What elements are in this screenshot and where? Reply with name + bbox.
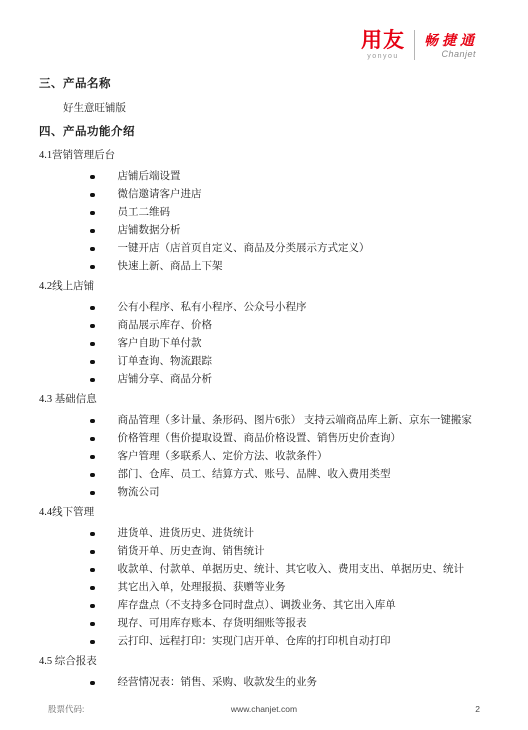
bullet-icon <box>90 568 95 573</box>
yonyou-logo-cn: 用友 <box>361 30 405 52</box>
document-page: { "logo": { "yonyou_cn": "用友", "yonyou_e… <box>0 0 528 730</box>
bullet-item: 经营情况表：销售、采购、收款发生的业务 <box>39 674 500 692</box>
bullet-text: 客户自助下单付款 <box>118 335 202 353</box>
yonyou-logo-en: yonyou <box>367 53 399 60</box>
bullet-icon <box>90 193 95 198</box>
bullet-icon <box>90 229 95 234</box>
bullet-item: 物流公司 <box>39 484 500 502</box>
bullet-item: 进货单、进货历史、进货统计 <box>39 525 500 543</box>
page-number: 2 <box>336 704 480 714</box>
bullet-text: 微信邀请客户进店 <box>118 186 202 204</box>
page-footer: 股票代码: www.chanjet.com 2 <box>48 703 480 715</box>
bullet-text: 商品管理（多计量、条形码、图片6张） 支持云端商品库上新、京东一键搬家 <box>118 412 472 430</box>
bullet-icon <box>90 455 95 460</box>
bullet-text: 收款单、付款单、单据历史、统计、其它收入、费用支出、单据历史、统计 <box>118 561 465 579</box>
bullet-text: 店铺后端设置 <box>118 168 181 186</box>
bullet-item: 微信邀请客户进店 <box>39 186 500 204</box>
bullet-item: 现存、可用库存账本、存货明细账等报表 <box>39 615 500 633</box>
bullet-icon <box>90 550 95 555</box>
bullet-icon <box>90 247 95 252</box>
bullet-item: 部门、仓库、员工、结算方式、账号、品牌、收入费用类型 <box>39 466 500 484</box>
bullet-text: 物流公司 <box>118 484 160 502</box>
bullet-text: 商品展示库存、价格 <box>118 317 213 335</box>
bullet-icon <box>90 360 95 365</box>
bullet-text: 现存、可用库存账本、存货明细账等报表 <box>118 615 307 633</box>
bullet-text: 经营情况表：销售、采购、收款发生的业务 <box>118 674 318 692</box>
subsection-title: 4.1营销管理后台 <box>39 150 500 162</box>
chanjet-logo: 畅捷通 Chanjet <box>424 32 478 59</box>
bullet-text: 云打印、远程打印：实现门店开单、仓库的打印机自动打印 <box>118 633 391 651</box>
bullet-text: 客户管理（多联系人、定价方法、收款条件） <box>118 448 328 466</box>
subsection-title: 4.2线上店铺 <box>39 281 500 293</box>
bullet-icon <box>90 306 95 311</box>
bullet-item: 商品管理（多计量、条形码、图片6张） 支持云端商品库上新、京东一键搬家 <box>39 412 500 430</box>
subsection: 4.5 综合报表经营情况表：销售、采购、收款发生的业务 <box>39 656 500 692</box>
chanjet-logo-cn: 畅捷通 <box>424 32 478 48</box>
document-body: 三、产品名称好生意旺铺版四、产品功能介绍4.1营销管理后台店铺后端设置微信邀请客… <box>39 78 500 697</box>
subsection-title: 4.4线下管理 <box>39 507 500 519</box>
chanjet-logo-en: Chanjet <box>441 49 478 59</box>
bullet-text: 快速上新、商品上下架 <box>118 258 223 276</box>
bullet-item: 店铺分享、商品分析 <box>39 371 500 389</box>
subsection: 4.2线上店铺公有小程序、私有小程序、公众号小程序商品展示库存、价格客户自助下单… <box>39 281 500 389</box>
yonyou-logo: 用友 yonyou <box>361 30 405 60</box>
stock-code-label: 股票代码: <box>48 703 192 715</box>
bullet-icon <box>90 640 95 645</box>
bullet-item: 收款单、付款单、单据历史、统计、其它收入、费用支出、单据历史、统计 <box>39 561 500 579</box>
bullet-item: 店铺数据分析 <box>39 222 500 240</box>
bullet-icon <box>90 419 95 424</box>
bullet-icon <box>90 604 95 609</box>
bullet-item: 快速上新、商品上下架 <box>39 258 500 276</box>
bullet-icon <box>90 211 95 216</box>
bullet-text: 其它出入单，处理报损、获赠等业务 <box>118 579 286 597</box>
bullet-text: 进货单、进货历史、进货统计 <box>118 525 255 543</box>
bullet-item: 公有小程序、私有小程序、公众号小程序 <box>39 299 500 317</box>
bullet-item: 客户自助下单付款 <box>39 335 500 353</box>
bullet-item: 客户管理（多联系人、定价方法、收款条件） <box>39 448 500 466</box>
bullet-text: 一键开店（店首页自定义、商品及分类展示方式定义） <box>118 240 370 258</box>
footer-website: www.chanjet.com <box>192 704 336 714</box>
bullet-text: 公有小程序、私有小程序、公众号小程序 <box>118 299 307 317</box>
bullet-icon <box>90 342 95 347</box>
subsection-title: 4.5 综合报表 <box>39 656 500 668</box>
bullet-text: 库存盘点（不支持多仓同时盘点）、调拨业务、其它出入库单 <box>118 597 396 615</box>
bullet-text: 员工二维码 <box>118 204 171 222</box>
bullet-text: 销货开单、历史查询、销售统计 <box>118 543 265 561</box>
bullet-icon <box>90 378 95 383</box>
bullet-item: 商品展示库存、价格 <box>39 317 500 335</box>
bullet-text: 部门、仓库、员工、结算方式、账号、品牌、收入费用类型 <box>118 466 391 484</box>
bullet-icon <box>90 175 95 180</box>
subsection: 4.4线下管理进货单、进货历史、进货统计销货开单、历史查询、销售统计收款单、付款… <box>39 507 500 651</box>
bullet-item: 其它出入单，处理报损、获赠等业务 <box>39 579 500 597</box>
subsection-title: 4.3 基础信息 <box>39 394 500 406</box>
bullet-item: 云打印、远程打印：实现门店开单、仓库的打印机自动打印 <box>39 633 500 651</box>
subsection: 4.3 基础信息商品管理（多计量、条形码、图片6张） 支持云端商品库上新、京东一… <box>39 394 500 502</box>
paragraph: 好生意旺铺版 <box>63 103 500 115</box>
bullet-text: 店铺数据分析 <box>118 222 181 240</box>
bullet-item: 价格管理（售价提取设置、商品价格设置、销售历史价查询） <box>39 430 500 448</box>
bullet-icon <box>90 324 95 329</box>
bullet-item: 订单查询、物流跟踪 <box>39 353 500 371</box>
bullet-item: 员工二维码 <box>39 204 500 222</box>
bullet-text: 店铺分享、商品分析 <box>118 371 213 389</box>
bullet-item: 销货开单、历史查询、销售统计 <box>39 543 500 561</box>
section-heading: 四、产品功能介绍 <box>39 126 500 138</box>
bullet-icon <box>90 491 95 496</box>
bullet-item: 一键开店（店首页自定义、商品及分类展示方式定义） <box>39 240 500 258</box>
bullet-item: 店铺后端设置 <box>39 168 500 186</box>
bullet-icon <box>90 681 95 686</box>
logo-divider <box>414 30 415 60</box>
bullet-icon <box>90 622 95 627</box>
bullet-icon <box>90 586 95 591</box>
bullet-icon <box>90 437 95 442</box>
bullet-icon <box>90 473 95 478</box>
bullet-text: 价格管理（售价提取设置、商品价格设置、销售历史价查询） <box>118 430 402 448</box>
bullet-item: 库存盘点（不支持多仓同时盘点）、调拨业务、其它出入库单 <box>39 597 500 615</box>
section-heading: 三、产品名称 <box>39 78 500 90</box>
bullet-icon <box>90 532 95 537</box>
subsection: 4.1营销管理后台店铺后端设置微信邀请客户进店员工二维码店铺数据分析一键开店（店… <box>39 150 500 276</box>
bullet-text: 订单查询、物流跟踪 <box>118 353 213 371</box>
bullet-icon <box>90 265 95 270</box>
brand-logo: 用友 yonyou 畅捷通 Chanjet <box>361 30 478 60</box>
